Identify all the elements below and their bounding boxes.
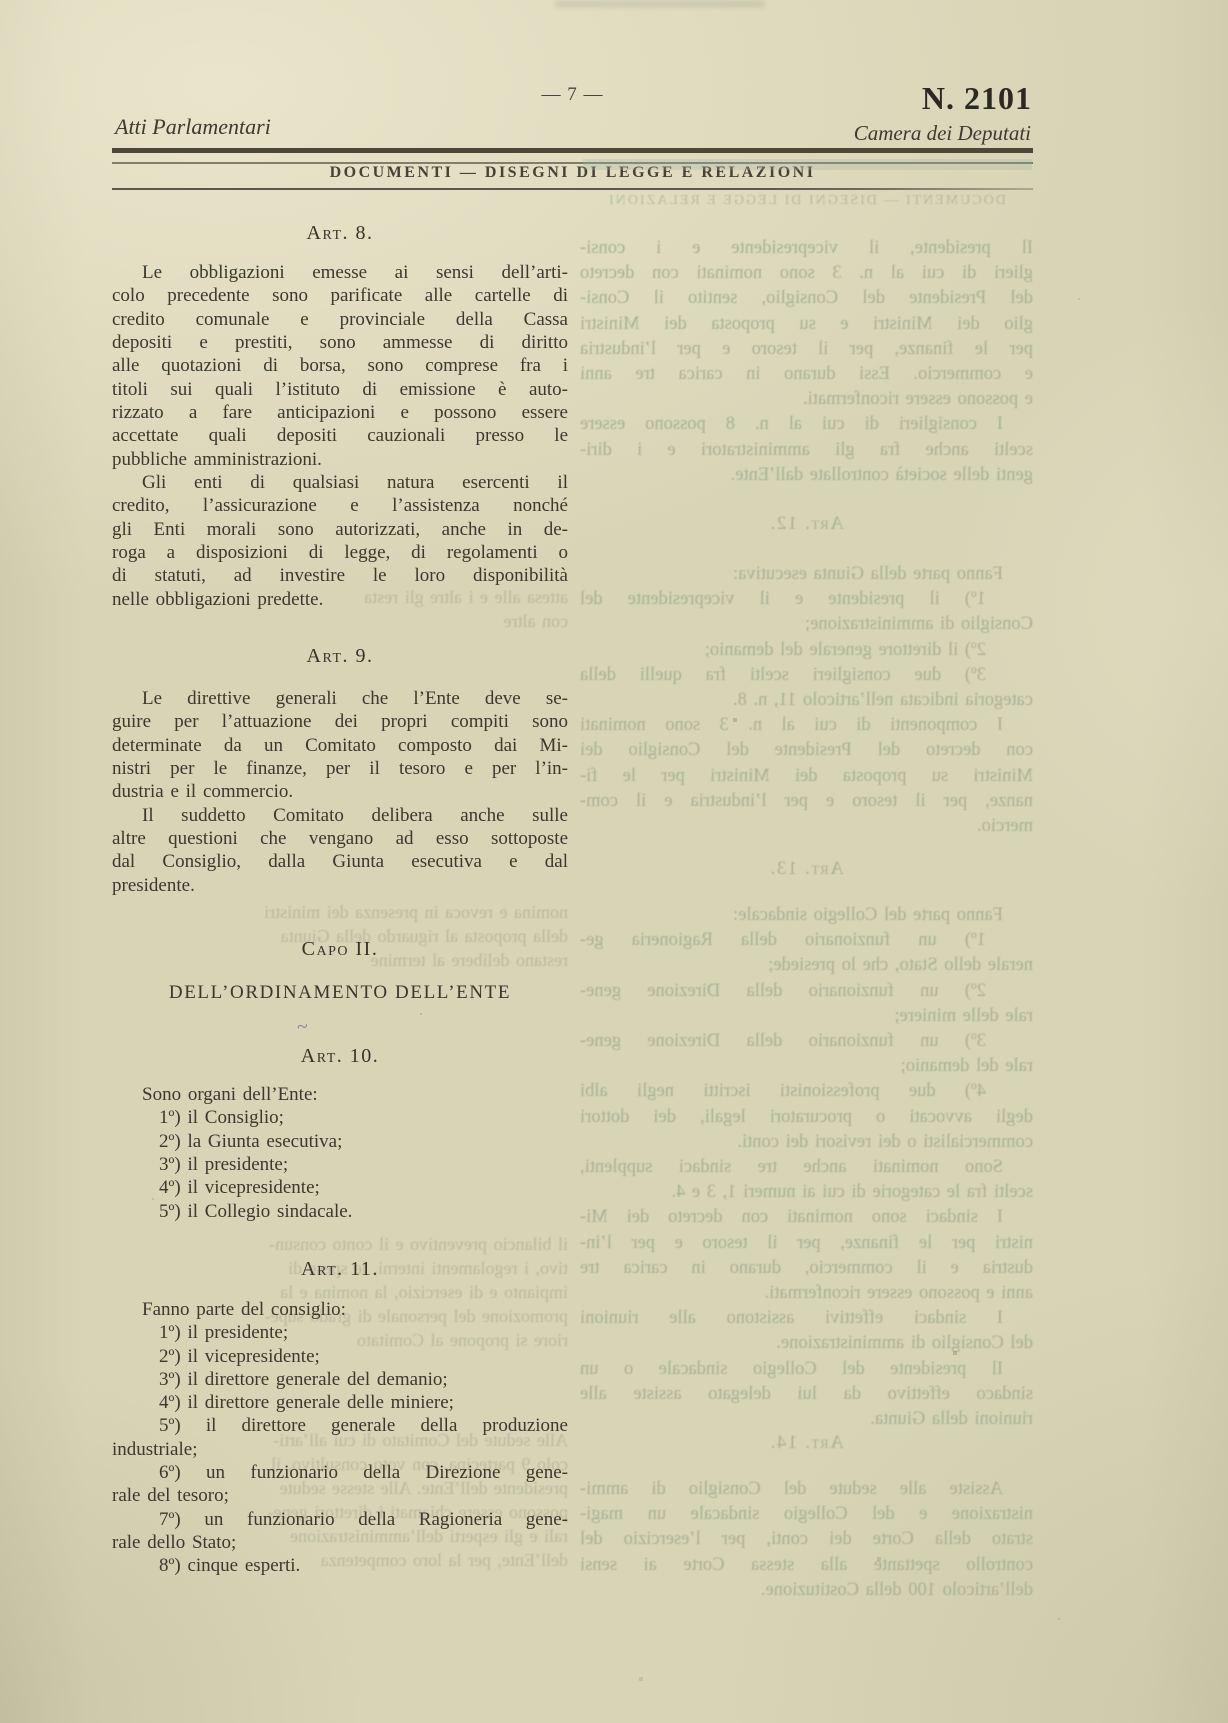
bleedthrough-block: Art. 13. Fanno parte del Collegio sindac… (580, 856, 1033, 1432)
text-line: 2º) il direttore generale del demanio; (580, 638, 1033, 663)
text-line: con decreto del Presidente del Consiglio… (580, 738, 1033, 763)
text-line: 6º) un funzionario della Direzione gene- (112, 1461, 568, 1484)
text-line: determinate da un Comitato composto dai … (112, 734, 568, 757)
text-line: 7º) un funzionario della Ragioneria gene… (112, 1508, 568, 1531)
article-8-paragraph-2: Gli enti di qualsiasi natura esercenti i… (112, 471, 568, 611)
pen-mark-glyph: ~ (296, 1019, 308, 1034)
text-line: riunioni della Giunta. (580, 1407, 1033, 1432)
text-line: 8º) cinque esperti. (112, 1554, 568, 1577)
text-line: rale delle miniere; (580, 1004, 1033, 1029)
text-line: categoria indicata nell’articolo 11, n. … (580, 688, 1033, 713)
text-line: 5º) il Collegio sindacale. (112, 1200, 568, 1223)
bleedthrough-rule-band (583, 159, 1032, 170)
text-line: rale del tesoro; (112, 1484, 568, 1507)
bleedthrough-block: Art. 14. Assiste alle sedute del Consigl… (580, 1430, 1033, 1603)
bleedthrough-block: Il presidente, il vicepresidente e i con… (580, 236, 1033, 488)
text-line: depositi e prestiti, sono ammesse di dir… (112, 331, 568, 354)
text-line: Le direttive generali che l’Ente deve se… (112, 687, 568, 710)
journal-title-right: Camera dei Deputati (854, 121, 1031, 146)
chapter-2-subtitle: DELL’ORDINAMENTO DELL’ENTE (112, 981, 568, 1004)
text-line: glieri di cui al n. 3 sono nominati con … (580, 261, 1033, 286)
article-9-heading: Art. 9. (112, 645, 568, 668)
text-line: Le obbligazioni emesse ai sensi dell’art… (112, 261, 568, 284)
text-line: rizzato a fare anticipazioni e possono e… (112, 401, 568, 424)
text-line: gli Enti morali sono autorizzati, anche … (112, 518, 568, 541)
paper-smudge (555, 0, 765, 8)
text-line: e possono essere riconfermati. (580, 387, 1033, 412)
text-line: 4º) il vicepresidente; (112, 1176, 568, 1199)
text-line: 1º) un funzionario della Ragioneria ge- (580, 928, 1033, 953)
text-line: pubbliche amministrazioni. (112, 448, 568, 471)
text-line: guire per l’attuazione dei propri compit… (112, 710, 568, 733)
document-number: N. 2101 (922, 80, 1032, 117)
text-line: anni e possono essere riconfermati. (580, 1281, 1033, 1306)
journal-title-left: Atti Parlamentari (115, 114, 271, 140)
text-line: di statuti, ad investire le loro disponi… (112, 564, 568, 587)
text-line: 4º) il direttore generale delle miniere; (112, 1391, 568, 1414)
bleedthrough-block: Art. 12. Fanno parte della Giunta esecut… (580, 511, 1033, 839)
text-line: del Presidente del Consiglio, sentito il… (580, 286, 1033, 311)
text-line: 1º) il presidente e il vicepresidente de… (580, 587, 1033, 612)
text-line: nistri per le finanze, per il tesoro e p… (112, 757, 568, 780)
text-line: Fanno parte del consiglio: (112, 1298, 568, 1321)
bleedthrough-paragraph: Assiste alle sedute del Consiglio di amm… (580, 1477, 1033, 1603)
text-line: dustria e il commercio. (112, 780, 568, 803)
text-line: Gli enti di qualsiasi natura esercenti i… (112, 471, 568, 494)
text-line: 3º) due consiglieri scelti fra quelli de… (580, 663, 1033, 688)
text-line: Il presidente del Collegio sindacale o u… (580, 1357, 1033, 1382)
text-line: Fanno parte del Collegio sindacale: (580, 903, 1033, 928)
text-line: 2º) la Giunta esecutiva; (112, 1130, 568, 1153)
text-line: nerale dello Stato, che lo presiede; (580, 953, 1033, 978)
text-line: sindaco effettivo da lui delegato assist… (580, 1382, 1033, 1407)
text-line: Fanno parte della Giunta esecutiva: (580, 562, 1033, 587)
text-line: degli avvocati o procuratori legali, dei… (580, 1105, 1033, 1130)
text-line: Sono organi dell’Ente: (112, 1083, 568, 1106)
text-line: nanze, per il tesoro e per l’industria e… (580, 789, 1033, 814)
text-line: nistrazione e del Collegio sindacale un … (580, 1502, 1033, 1527)
text-line: commercialisti o dei revisori dei conti. (580, 1130, 1033, 1155)
text-line: per le finanze, per il tesoro e per l’in… (580, 337, 1033, 362)
text-line: 3º) il direttore generale del demanio; (112, 1368, 568, 1391)
bleedthrough-paragraph: Fanno parte della Giunta esecutiva:1º) i… (580, 562, 1033, 839)
text-line: scelti fra le categorie di cui ai numeri… (580, 1180, 1033, 1205)
text-line: industriale; (112, 1438, 568, 1461)
text-line: scelti anche fra gli amministratori e i … (580, 438, 1033, 463)
article-9-paragraph-2: Il suddetto Comitato delibera anche sull… (112, 804, 568, 897)
text-line: credito comunale e provinciale della Cas… (112, 308, 568, 331)
text-line: rale dello Stato; (112, 1531, 568, 1554)
text-line: Consiglio di amministrazione; (580, 612, 1033, 637)
text-line: colo precedente sono parificate alle car… (112, 284, 568, 307)
text-line: roga a disposizioni di legge, di regolam… (112, 541, 568, 564)
text-line: 5º) il direttore generale della produzio… (112, 1414, 568, 1437)
text-line: Sono nominati anche tre sindaci supplent… (580, 1155, 1033, 1180)
text-line: nelle obbligazioni predette. (112, 588, 568, 611)
text-line: 2º) un funzionario della Direzione gene- (580, 979, 1033, 1004)
text-line: Ministri su proposta dei Ministri per le… (580, 764, 1033, 789)
text-line: titoli sui quali l’istituto di emissione… (112, 378, 568, 401)
text-line: 3º) un funzionario della Direzione gene- (580, 1029, 1033, 1054)
scanned-document-page: DOCUMENTI — DISEGNI DI LEGGE E RELAZIONI… (0, 0, 1228, 1723)
text-line: 1º) il Consiglio; (112, 1106, 568, 1129)
article-9-paragraph-1: Le direttive generali che l’Ente deve se… (112, 687, 568, 804)
text-line: glio dei Ministri e su proposta dei Mini… (580, 312, 1033, 337)
text-line: controllo spettante alla stessa Corte ai… (580, 1553, 1033, 1578)
text-line: 3º) il presidente; (112, 1153, 568, 1176)
text-line: mercio. (580, 814, 1033, 839)
text-line: del Consiglio di amministrazione. (580, 1331, 1033, 1356)
text-line: 1º) il presidente; (112, 1321, 568, 1344)
text-line: dal Consiglio, dalla Giunta esecutiva e … (112, 850, 568, 873)
left-column: Art. 8. Le obbligazioni emesse ai sensi … (112, 222, 568, 1578)
text-line: dell’articolo 100 della Costituzione. (580, 1578, 1033, 1603)
foxing-specks (0, 0, 2, 2)
text-line: accettate quali depositi cauzionali pres… (112, 424, 568, 447)
text-line: I componenti di cui al n. 3 sono nominat… (580, 713, 1033, 738)
article-10-heading: Art. 10. (112, 1045, 568, 1068)
bleedthrough-paragraph: Fanno parte del Collegio sindacale:1º) u… (580, 903, 1033, 1432)
article-11-heading: Art. 11. (112, 1258, 568, 1281)
text-line: nistri per le finanze, per il tesoro e p… (580, 1231, 1033, 1256)
text-line: presidente. (112, 874, 568, 897)
header-single-rule (112, 188, 1033, 190)
text-line: 4º) due professionisti iscritti negli al… (580, 1079, 1033, 1104)
text-line: I consiglieri di cui al n. 8 possono ess… (580, 412, 1033, 437)
text-line: alle quotazioni di borsa, sono comprese … (112, 354, 568, 377)
text-line: rale del demanio; (580, 1054, 1033, 1079)
bleedthrough-article-heading: Art. 13. (580, 856, 1033, 881)
text-line: e commercio. Essi durano in carica tre a… (580, 362, 1033, 387)
article-10-list: Sono organi dell’Ente:1º) il Consiglio;2… (112, 1083, 568, 1223)
text-line: altre questioni che vengano ad esso sott… (112, 827, 568, 850)
bleedthrough-article-heading: Art. 14. (580, 1430, 1033, 1455)
article-11-list: Fanno parte del consiglio:1º) il preside… (112, 1298, 568, 1578)
text-line: Il suddetto Comitato delibera anche sull… (112, 804, 568, 827)
article-8-heading: Art. 8. (112, 222, 568, 245)
article-8-paragraph-1: Le obbligazioni emesse ai sensi dell’art… (112, 261, 568, 471)
text-line: dustria e il commercio, durano in carica… (580, 1256, 1033, 1281)
bleedthrough-article-heading: Art. 12. (580, 511, 1033, 536)
text-line: genti delle società controllate dall’Ent… (580, 463, 1033, 488)
text-line: Assiste alle sedute del Consiglio di amm… (580, 1477, 1033, 1502)
chapter-2-heading: Capo II. (112, 938, 568, 961)
text-line: I sindaci sono nominati con decreto dei … (580, 1205, 1033, 1230)
text-line: Il presidente, il vicepresidente e i con… (580, 236, 1033, 261)
bleedthrough-series-band: DOCUMENTI — DISEGNI DI LEGGE E RELAZIONI (580, 193, 1033, 209)
text-line: strato della Corte dei conti, per l’eser… (580, 1527, 1033, 1552)
page-number: — 7 — (112, 84, 1033, 106)
text-line: 2º) il vicepresidente; (112, 1345, 568, 1368)
text-line: I sindaci effettivi assistono alle riuni… (580, 1306, 1033, 1331)
text-line: credito, l’assicurazione e l’assistenza … (112, 494, 568, 517)
pen-mark: ~ (112, 1020, 568, 1036)
